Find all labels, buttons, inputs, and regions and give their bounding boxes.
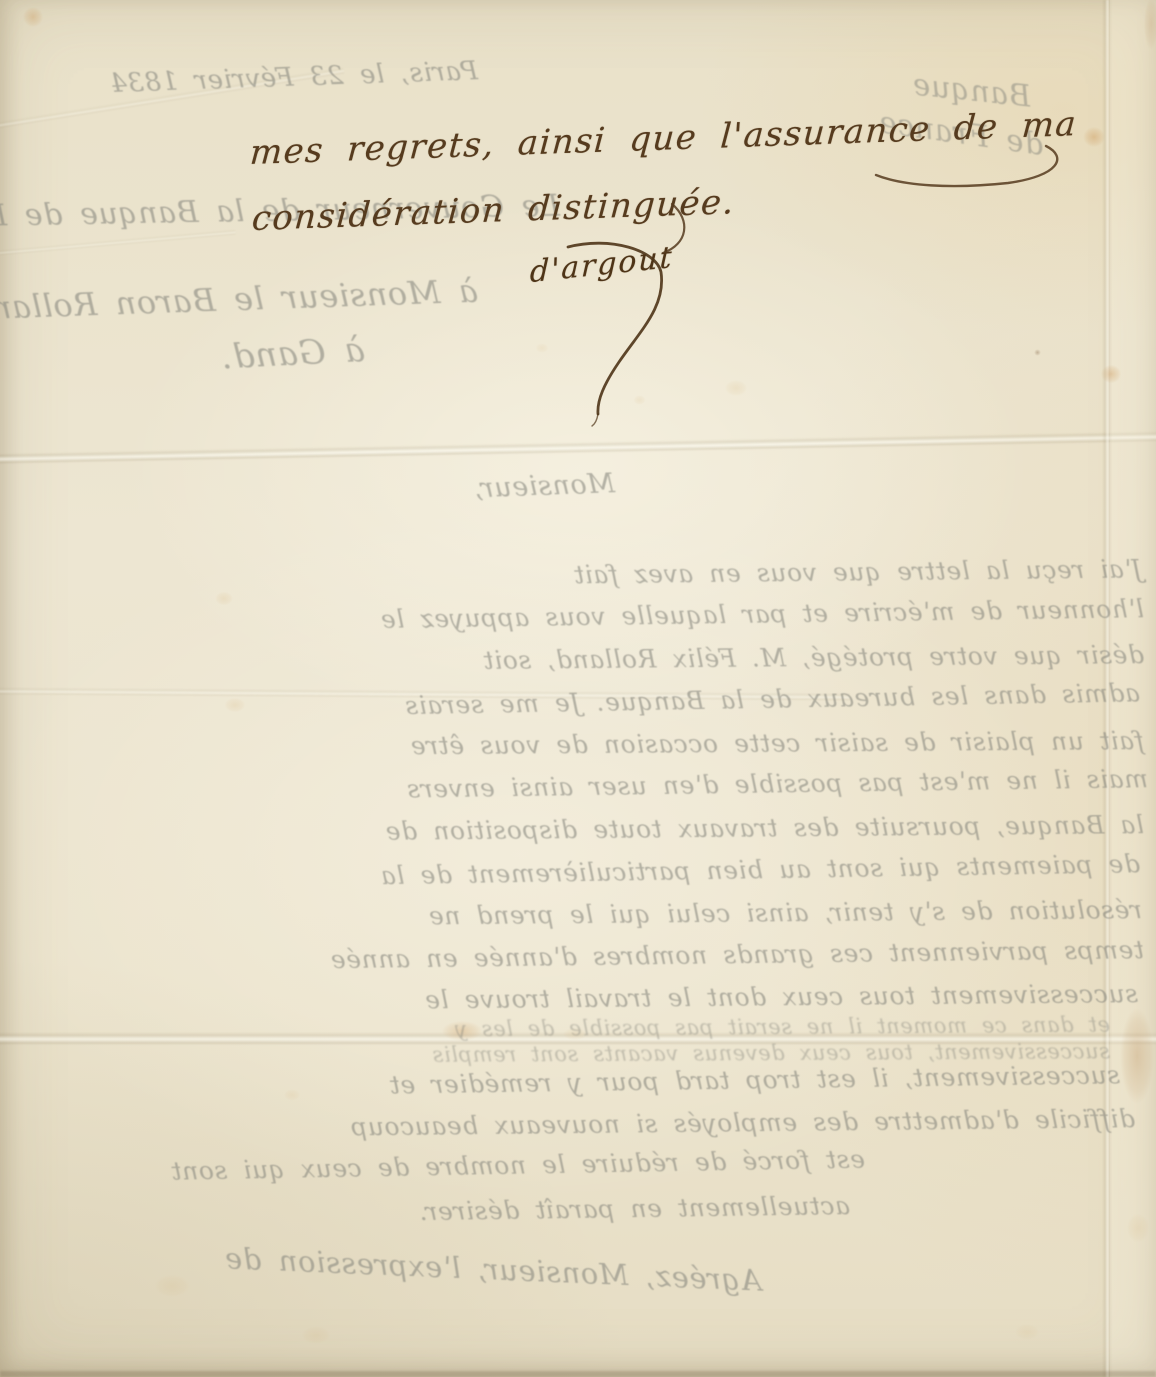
foxing-stain bbox=[20, 4, 46, 30]
foxing-stain bbox=[150, 1272, 194, 1300]
signature-dargout: d'argout bbox=[529, 242, 679, 288]
stain-right-edge bbox=[1116, 996, 1156, 1116]
bleedthrough-line: temps parviennent ces grands nombres d'a… bbox=[30, 937, 1144, 976]
bleedthrough-line: l'honneur de m'écrire et par laquelle vo… bbox=[30, 596, 1144, 637]
bleedthrough-line: actuellement en paraît désirer. bbox=[148, 1193, 850, 1228]
bleedthrough-line: difficile d'admettre des employés si nou… bbox=[25, 1106, 1135, 1143]
foxing-stain bbox=[534, 342, 550, 354]
ink-fleck bbox=[1033, 348, 1042, 357]
signature-paraphe-hairline bbox=[592, 414, 598, 426]
bleedthrough-salutation: Monsieur, bbox=[400, 470, 616, 504]
foxing-stain bbox=[298, 1324, 334, 1346]
fold-crease-horizontal-upper bbox=[0, 431, 1156, 465]
bleedthrough-dateline: Paris, le 23 Février 1834 bbox=[28, 58, 479, 100]
bleedthrough-line: résolution de s'y tenir, ainsi celui qui… bbox=[30, 897, 1142, 932]
foxing-stain bbox=[213, 590, 235, 607]
bleedthrough-line: J'ai reçu la lettre que vous en avez fai… bbox=[70, 556, 1142, 592]
bleedthrough-address-ville: à Gand. bbox=[94, 333, 365, 381]
foxing-stain bbox=[1098, 362, 1124, 386]
bleedthrough-line: la Banque, poursuite des travaux toute d… bbox=[30, 812, 1144, 847]
bleedthrough-line: mais il ne m'est pas possible d'en user … bbox=[30, 766, 1148, 807]
bleedthrough-line: désir que votre protégé, M. Félix Rollan… bbox=[30, 642, 1144, 677]
foxing-stain bbox=[722, 378, 750, 398]
bleedthrough-line: fait un plaisir de saisir cette occasion… bbox=[30, 728, 1144, 761]
bleedthrough-line: de paiements qui sont au bien particuliè… bbox=[30, 851, 1140, 893]
bleedthrough-address-monsieur: à Monsieur le Baron Rolland, bbox=[58, 275, 479, 322]
crease-diagonal-left bbox=[0, 229, 236, 257]
bleedthrough-line: successivement, il est trop tard pour y … bbox=[25, 1062, 1120, 1102]
foxing-stain bbox=[1012, 1322, 1042, 1342]
foxing-stain bbox=[1080, 124, 1108, 150]
ink-line-regrets: mes regrets, ainsi que l'assurance de ma bbox=[249, 108, 1066, 171]
foxing-stain bbox=[632, 394, 647, 406]
foxing-stain bbox=[1124, 1210, 1152, 1246]
stain-top-right-edge bbox=[1142, 0, 1156, 56]
bleedthrough-line: admis dans les bureaux de la Banque. Je … bbox=[30, 680, 1140, 724]
bleedthrough-line: successivement tous ceux dont le travail… bbox=[30, 981, 1138, 1016]
bleedthrough-line: est forcé de réduire le nombre de ceux q… bbox=[20, 1147, 865, 1187]
scan-edge-bottom bbox=[0, 1371, 1156, 1377]
scanned-letter-page: Paris, le 23 Février 1834 Banque de Fran… bbox=[0, 0, 1156, 1377]
